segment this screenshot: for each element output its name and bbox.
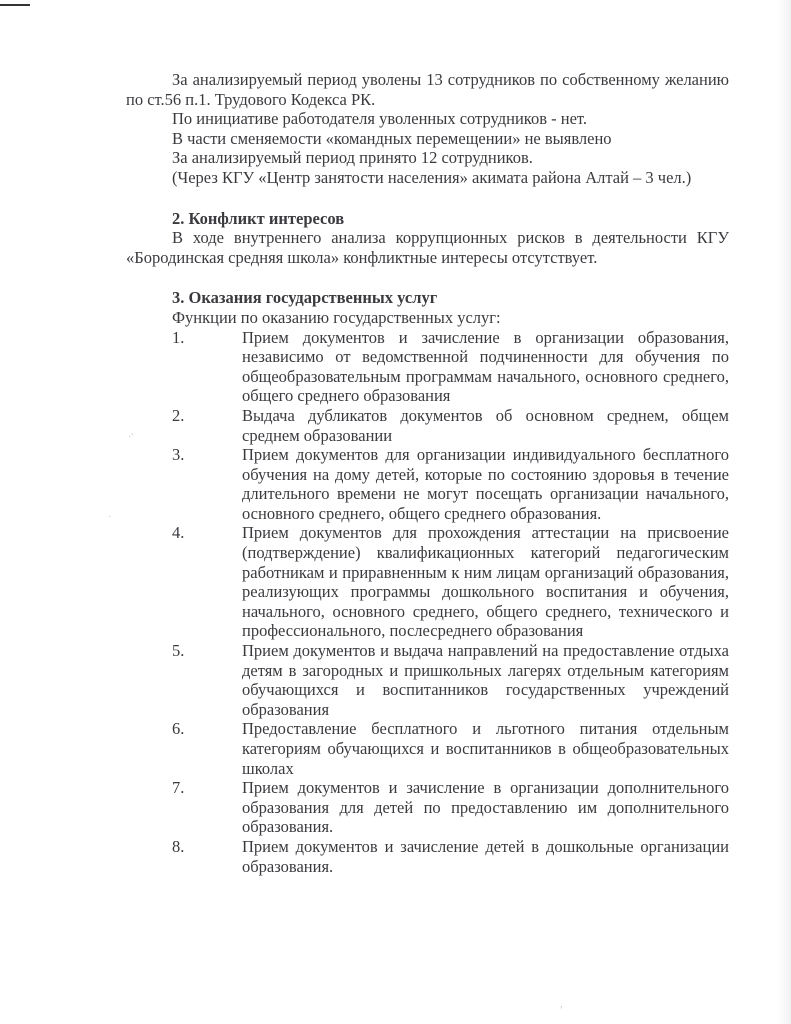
list-item-number: 5. xyxy=(172,641,184,661)
list-item: 4.Прием документов для прохождения аттес… xyxy=(126,523,729,641)
paragraph-employment-center: (Через КГУ «Центр занятости населения» а… xyxy=(126,168,729,188)
list-item-text: Прием документов и зачисление в организа… xyxy=(242,778,729,836)
list-item-number: 4. xyxy=(172,523,184,543)
paragraph-rotation: В части сменяемости «командных перемещен… xyxy=(126,129,729,149)
page-shadow-edge xyxy=(777,0,791,1024)
section-heading-services: 3. Оказания государственных услуг xyxy=(126,288,729,308)
list-item-text: Предоставление бесплатного и льготного п… xyxy=(242,719,729,777)
public-services-section: 3. Оказания государственных услуг Функци… xyxy=(126,288,729,876)
list-item-number: 1. xyxy=(172,328,184,348)
list-item: 7.Прием документов и зачисление в органи… xyxy=(126,778,729,837)
list-item-text: Прием документов и выдача направлений на… xyxy=(242,641,729,719)
document-body: За анализируемый период уволены 13 сотру… xyxy=(126,70,729,876)
staffing-section: За анализируемый период уволены 13 сотру… xyxy=(126,70,729,188)
services-list: 1.Прием документов и зачисление в органи… xyxy=(126,328,729,877)
scan-speck: , xyxy=(560,995,563,1015)
paragraph-employer-initiative: По инициативе работодателя уволенных сот… xyxy=(126,109,729,129)
conflict-of-interest-section: 2. Конфликт интересов В ходе внутреннего… xyxy=(126,209,729,268)
list-item-text: Прием документов и зачисление в организа… xyxy=(242,328,729,406)
list-item-text: Прием документов для организации индивид… xyxy=(242,445,729,523)
services-intro: Функции по оказанию государственных услу… xyxy=(126,308,729,328)
list-item: 8.Прием документов и зачисление детей в … xyxy=(126,837,729,876)
list-item-number: 6. xyxy=(172,719,184,739)
list-item: 5.Прием документов и выдача направлений … xyxy=(126,641,729,719)
list-item-number: 2. xyxy=(172,406,184,426)
list-item: 3.Прием документов для организации индив… xyxy=(126,445,729,523)
paragraph-hired: За анализируемый период принято 12 сотру… xyxy=(126,148,729,168)
paragraph-conflict: В ходе внутреннего анализа коррупционных… xyxy=(126,228,729,267)
section-heading-conflict: 2. Конфликт интересов xyxy=(126,209,729,229)
list-item-number: 8. xyxy=(172,837,184,857)
list-item: 6.Предоставление бесплатного и льготного… xyxy=(126,719,729,778)
scan-speck: · xyxy=(108,508,111,528)
paragraph-dismissals: За анализируемый период уволены 13 сотру… xyxy=(126,70,729,109)
scan-edge-mark xyxy=(0,4,30,6)
list-item-text: Прием документов и зачисление детей в до… xyxy=(242,837,729,876)
list-item-text: Выдача дубликатов документов об основном… xyxy=(242,406,729,445)
list-item-number: 3. xyxy=(172,445,184,465)
list-item: 2.Выдача дубликатов документов об основн… xyxy=(126,406,729,445)
list-item: 1.Прием документов и зачисление в органи… xyxy=(126,328,729,406)
list-item-text: Прием документов для прохождения аттеста… xyxy=(242,523,729,640)
list-item-number: 7. xyxy=(172,778,184,798)
